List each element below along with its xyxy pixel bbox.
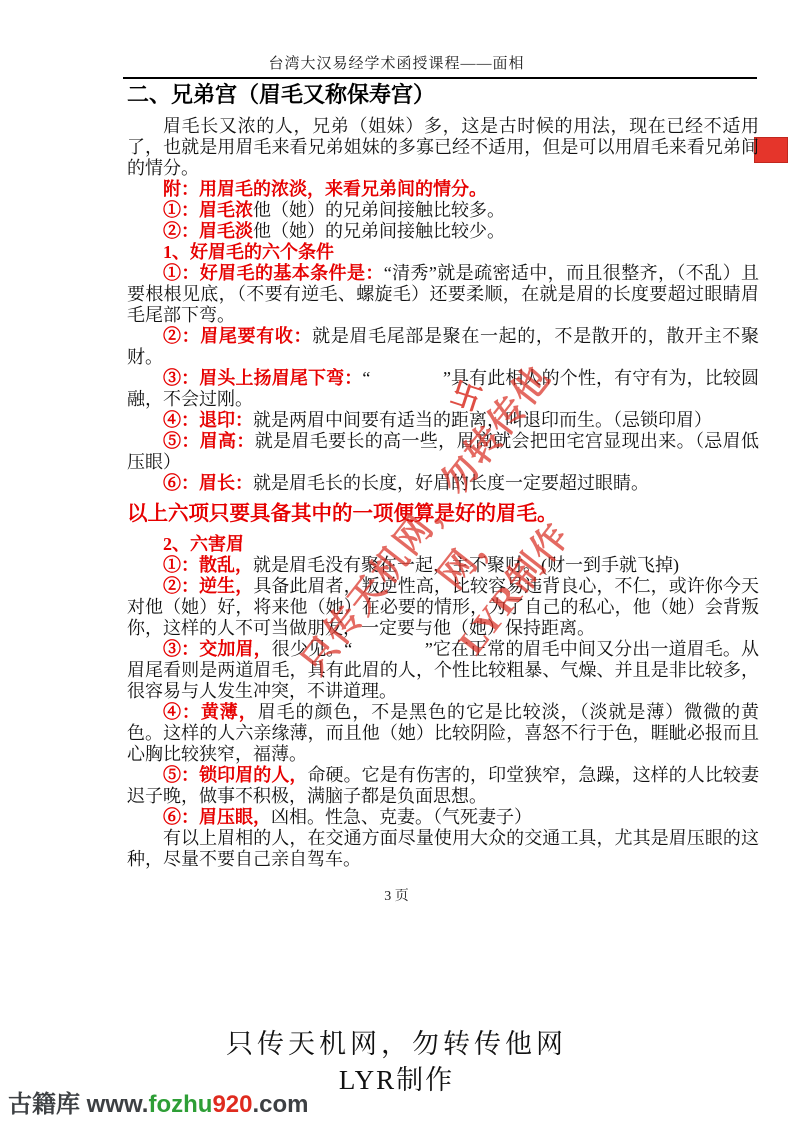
paragraph-heading: ②：逆生， — [163, 576, 253, 596]
paragraph: ④：黄薄，眉毛的颜色，不是黑色的它是比较淡，（淡就是薄）微微的黄色。这样的人六亲… — [127, 702, 759, 765]
paragraph-heading: 1、好眉毛的六个条件 — [163, 242, 334, 262]
logo-red: 920 — [212, 1091, 252, 1118]
paragraph: ①：散乱，就是眉毛没有聚在一起，主不聚财。(财一到手就飞掉) — [127, 555, 759, 576]
paragraph-heading: ⑥：眉长： — [163, 473, 253, 493]
page-header: 台湾大汉易经学术函授课程——面相 — [0, 52, 793, 73]
paragraph-heading: ②：眉尾要有收： — [163, 326, 312, 346]
section-title: 二、兄弟宫（眉毛又称保寿宫） — [127, 82, 759, 108]
paragraph-heading: ⑤：锁印眉的人， — [163, 765, 308, 785]
paragraph-heading: ③：交加眉， — [163, 639, 272, 659]
red-stamp-box — [754, 137, 788, 163]
paragraph-heading: ①：好眉毛的基本条件是： — [163, 263, 384, 283]
paragraph: 1、好眉毛的六个条件 — [127, 242, 759, 263]
content: 二、兄弟宫（眉毛又称保寿宫） 眉毛长又浓的人，兄弟（姐妹）多，这是古时候的用法，… — [127, 82, 759, 870]
page-number: 3 页 — [0, 885, 793, 905]
paragraph-heading: ③：眉头上扬眉尾下弯： — [163, 368, 362, 388]
paragraph: ②：眉尾要有收：就是眉毛尾部是聚在一起的，不是散开的，散开主不聚财。 — [127, 326, 759, 368]
paragraph: ①：好眉毛的基本条件是：“清秀”就是疏密适中，而且很整齐，（不乱）且要根根见底，… — [127, 263, 759, 326]
paragraph: ⑥：眉长：就是眉毛长的长度，好眉的长度一定要超过眼睛。 — [127, 473, 759, 494]
paragraph: 附：用眉毛的浓淡，来看兄弟间的情分。 — [127, 179, 759, 200]
paragraph: ⑤：眉高：就是眉毛要长的高一些，眉高就会把田宅宫显现出来。（忌眉低压眼） — [127, 431, 759, 473]
paragraph-heading: ④：退印： — [163, 410, 253, 430]
logo-green: fozhu — [148, 1091, 212, 1118]
logo-prefix: 古籍库 — [8, 1091, 80, 1118]
header-divider — [123, 77, 757, 79]
paragraph-heading: 2、六害眉 — [163, 534, 244, 554]
paragraph-heading: ⑤：眉高： — [163, 431, 255, 451]
paragraph: ③：交加眉，很少见。“ ”它在正常的眉毛中间又分出一道眉毛。从眉尾看则是两道眉毛… — [127, 639, 759, 702]
paragraph: ⑥：眉压眼，凶相。性急、克妻。（气死妻子） — [127, 807, 759, 828]
paragraph-heading: ①：眉毛浓 — [163, 200, 253, 220]
logo-suffix: .com — [252, 1091, 308, 1118]
site-logo: 古籍库 www.fozhu920.com — [8, 1084, 309, 1119]
logo-www: www. — [80, 1091, 148, 1118]
paragraph: ③：眉头上扬眉尾下弯：“ ”具有此相人的个性，有守有为，比较圆融，不会过刚。 — [127, 368, 759, 410]
paragraph-heading: 附：用眉毛的浓淡，来看兄弟间的情分。 — [163, 179, 487, 199]
paragraph: ⑤：锁印眉的人，命硬。它是有伤害的，印堂狭窄，急躁，这样的人比较妻迟子晚，做事不… — [127, 765, 759, 807]
paragraph: 有以上眉相的人，在交通方面尽量使用大众的交通工具，尤其是眉压眼的这种，尽量不要自… — [127, 828, 759, 870]
paragraph: ②：眉毛淡他（她）的兄弟间接触比较少。 — [127, 221, 759, 242]
paragraph: 2、六害眉 — [127, 534, 759, 555]
paragraph: ①：眉毛浓他（她）的兄弟间接触比较多。 — [127, 200, 759, 221]
paragraph: 眉毛长又浓的人，兄弟（姐妹）多，这是古时候的用法，现在已经不适用了，也就是用眉毛… — [127, 116, 759, 179]
paragraph: ④：退印：就是两眉中间要有适当的距离，叫退印而生。（忌锁印眉） — [127, 410, 759, 431]
paragraph-heading: ①：散乱， — [163, 555, 253, 575]
footer-line1: 只传天机网，勿转传他网 — [0, 1022, 793, 1061]
paragraph-heading: ②：眉毛淡 — [163, 221, 253, 241]
paragraph-heading: ⑥：眉压眼， — [163, 807, 271, 827]
document-page: 台湾大汉易经学术函授课程——面相 二、兄弟宫（眉毛又称保寿宫） 眉毛长又浓的人，… — [0, 0, 793, 1122]
paragraph: ②：逆生，具备此眉者，叛逆性高，比较容易违背良心，不仁，或许你今天对他（她）好，… — [127, 576, 759, 639]
paragraph-heading: 以上六项只要具备其中的一项便算是好的眉毛。 — [127, 503, 558, 525]
paragraph: 以上六项只要具备其中的一项便算是好的眉毛。 — [127, 502, 759, 526]
paragraph-heading: ④：黄薄， — [163, 702, 258, 722]
